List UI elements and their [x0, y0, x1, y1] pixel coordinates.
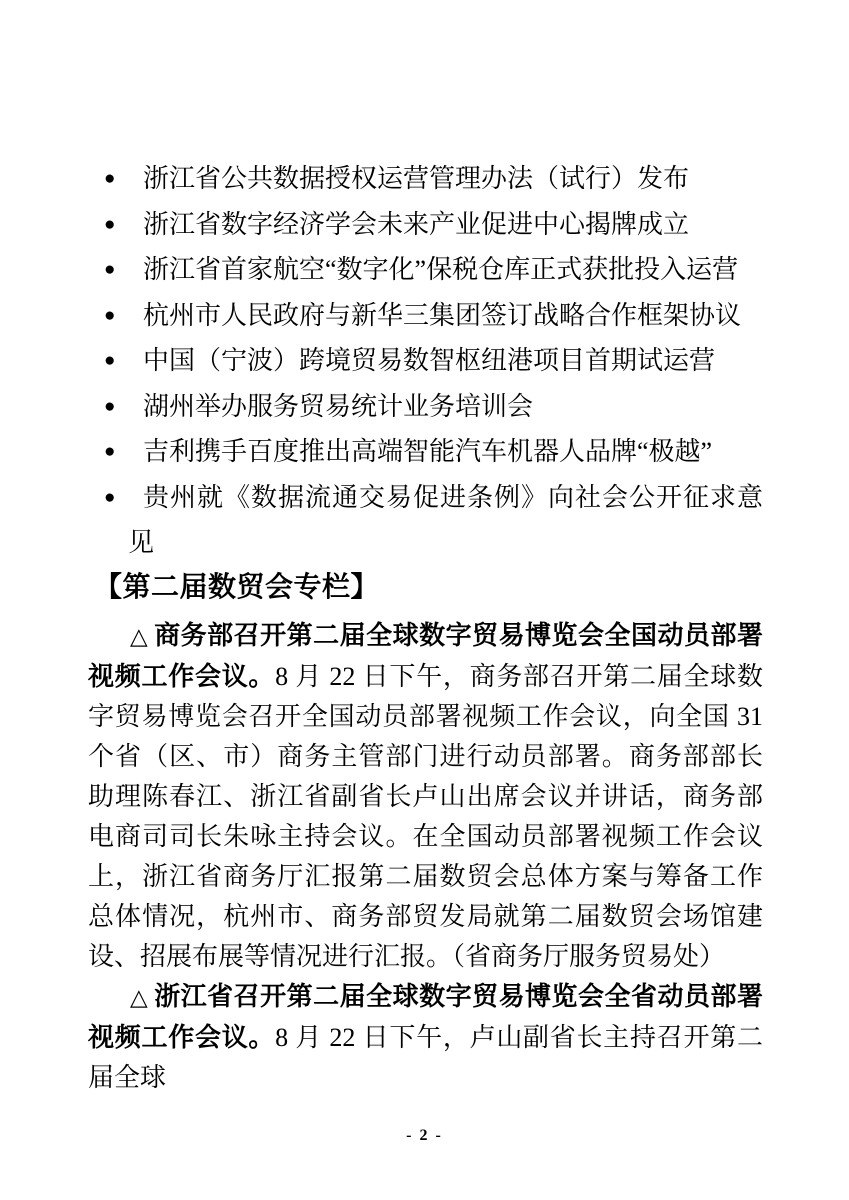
- headline-text: 贵州就《数据流通交易促进条例》向社会公开征求意见: [128, 483, 763, 558]
- headline-item: ● 中国（宁波）跨境贸易数智枢纽港项目首期试运营: [88, 338, 763, 384]
- headline-text: 浙江省首家航空“数字化”保税仓库正式获批投入运营: [143, 255, 738, 284]
- bullet-icon: ●: [104, 429, 115, 475]
- bullet-icon: ●: [104, 202, 115, 248]
- bullet-icon: ●: [104, 293, 115, 339]
- headline-text: 杭州市人民政府与新华三集团签订战略合作框架协议: [143, 301, 741, 330]
- headline-item: ● 杭州市人民政府与新华三集团签订战略合作框架协议: [88, 293, 763, 339]
- headline-text: 湖州举办服务贸易统计业务培训会: [143, 392, 533, 421]
- bullet-icon: ●: [104, 475, 115, 521]
- bullet-icon: ●: [104, 247, 115, 293]
- headline-text: 浙江省公共数据授权运营管理办法（试行）发布: [143, 164, 689, 193]
- headline-text: 吉利携手百度推出高端智能汽车机器人品牌“极越”: [143, 437, 712, 466]
- headline-item: ● 贵州就《数据流通交易促进条例》向社会公开征求意见: [88, 475, 763, 566]
- headline-item: ● 浙江省首家航空“数字化”保税仓库正式获批投入运营: [88, 247, 763, 293]
- bullet-icon: ●: [104, 338, 115, 384]
- bullet-icon: ●: [104, 384, 115, 430]
- article-paragraph-1: △商务部召开第二届全球数字贸易博览会全国动员部署视频工作会议。8 月 22 日下…: [88, 616, 763, 977]
- triangle-icon: △: [130, 985, 148, 1010]
- page-number: - 2 -: [0, 1126, 849, 1146]
- article-paragraph-2: △浙江省召开第二届全球数字贸易博览会全省动员部署视频工作会议。8 月 22 日下…: [88, 977, 763, 1098]
- page-content: ● 浙江省公共数据授权运营管理办法（试行）发布 ● 浙江省数字经济学会未来产业促…: [88, 156, 763, 1098]
- bullet-icon: ●: [104, 156, 115, 202]
- section-header: 【第二届数贸会专栏】: [88, 566, 763, 608]
- document-page: ● 浙江省公共数据授权运营管理办法（试行）发布 ● 浙江省数字经济学会未来产业促…: [0, 0, 849, 1200]
- triangle-icon: △: [130, 624, 148, 649]
- article-1-body: 8 月 22 日下午，商务部召开第二届全球数字贸易博览会召开全国动员部署视频工作…: [88, 662, 763, 971]
- headline-text: 中国（宁波）跨境贸易数智枢纽港项目首期试运营: [143, 346, 715, 375]
- headline-item: ● 湖州举办服务贸易统计业务培训会: [88, 384, 763, 430]
- headline-item: ● 吉利携手百度推出高端智能汽车机器人品牌“极越”: [88, 429, 763, 475]
- headline-item: ● 浙江省数字经济学会未来产业促进中心揭牌成立: [88, 202, 763, 248]
- headline-text: 浙江省数字经济学会未来产业促进中心揭牌成立: [143, 210, 689, 239]
- headline-item: ● 浙江省公共数据授权运营管理办法（试行）发布: [88, 156, 763, 202]
- headline-list: ● 浙江省公共数据授权运营管理办法（试行）发布 ● 浙江省数字经济学会未来产业促…: [88, 156, 763, 566]
